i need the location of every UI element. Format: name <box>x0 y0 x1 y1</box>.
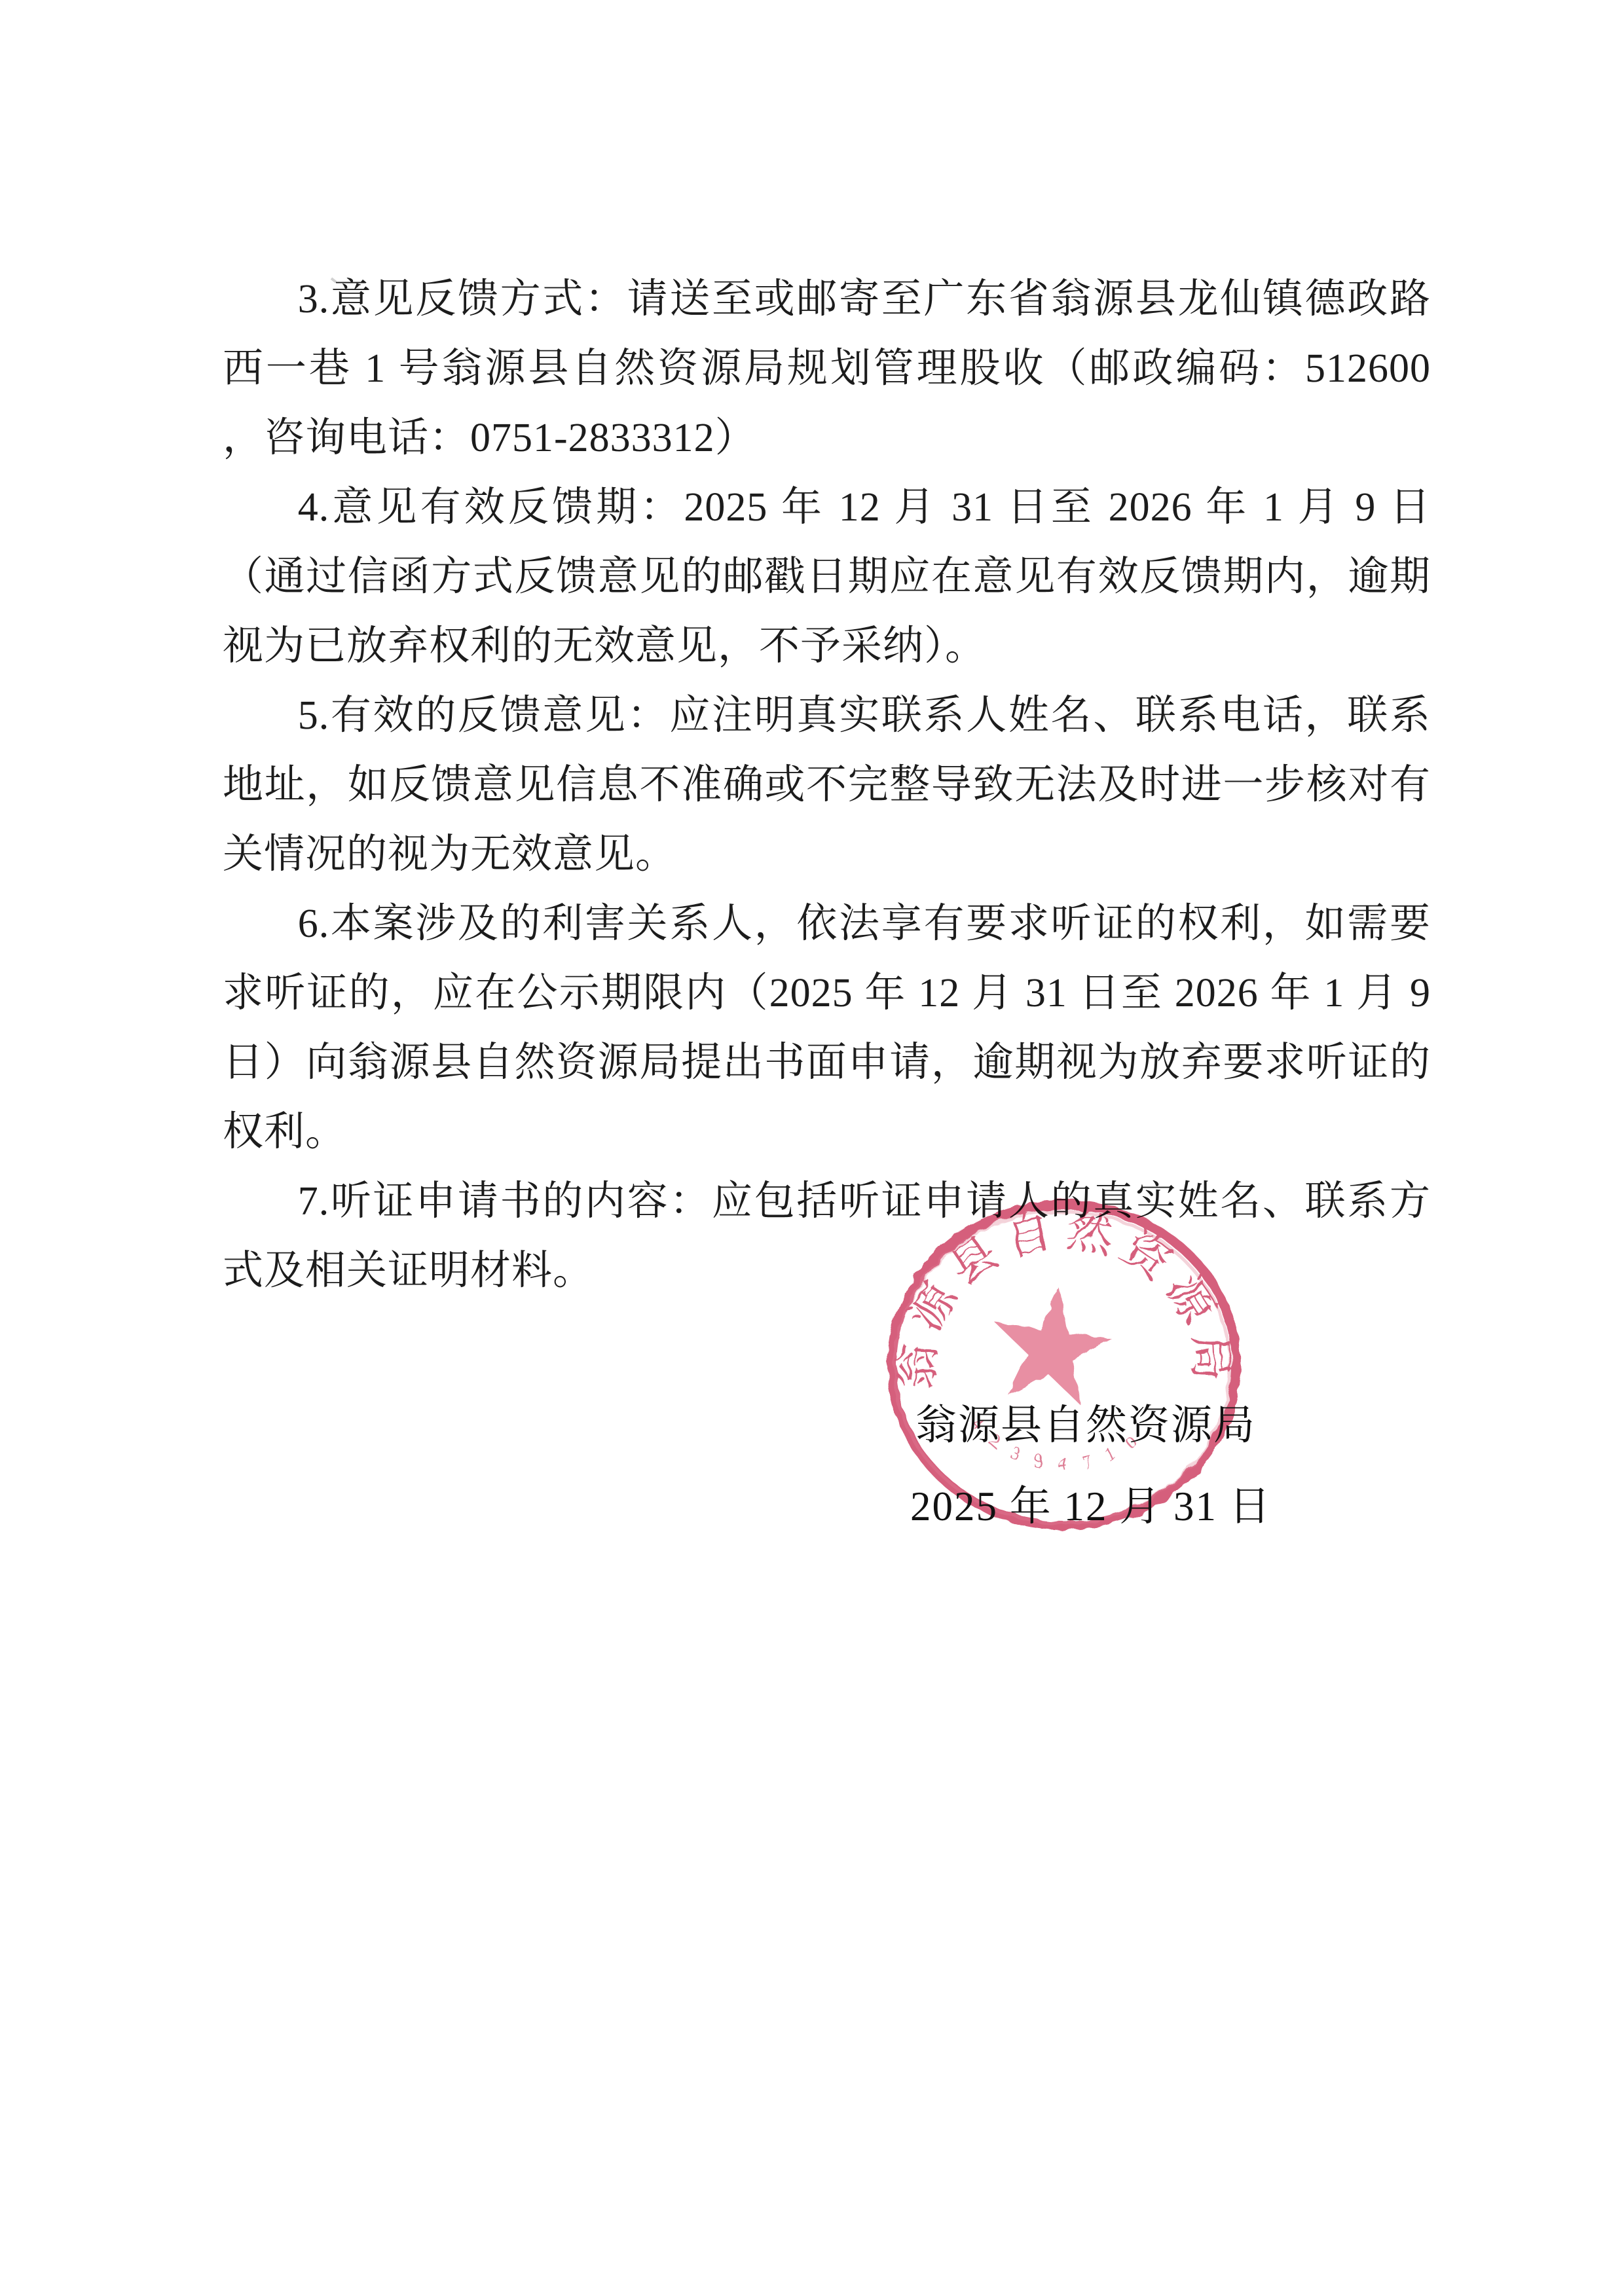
notice-paragraph-3: 3.意见反馈方式：请送至或邮寄至广东省翁源县龙仙镇德政路西一巷 1 号翁源县自然… <box>223 264 1431 473</box>
notice-paragraph-5: 5.有效的反馈意见：应注明真实联系人姓名、联系电话，联系地址，如反馈意见信息不准… <box>223 681 1431 889</box>
issue-date: 2025 年 12 月 31 日 <box>910 1473 1272 1533</box>
issuer-name: 翁源县自然资源局 <box>915 1392 1256 1451</box>
notice-body: 3.意见反馈方式：请送至或邮寄至广东省翁源县龙仙镇德政路西一巷 1 号翁源县自然… <box>223 264 1431 1305</box>
seal-star-icon <box>986 1280 1118 1408</box>
notice-paragraph-4: 4.意见有效反馈期：2025 年 12 月 31 日至 2026 年 1 月 9… <box>223 473 1431 681</box>
notice-paragraph-6: 6.本案涉及的利害关系人，依法享有要求听证的权利，如需要求听证的，应在公示期限内… <box>223 889 1431 1167</box>
document-page: 3.意见反馈方式：请送至或邮寄至广东省翁源县龙仙镇德政路西一巷 1 号翁源县自然… <box>0 0 1624 2296</box>
